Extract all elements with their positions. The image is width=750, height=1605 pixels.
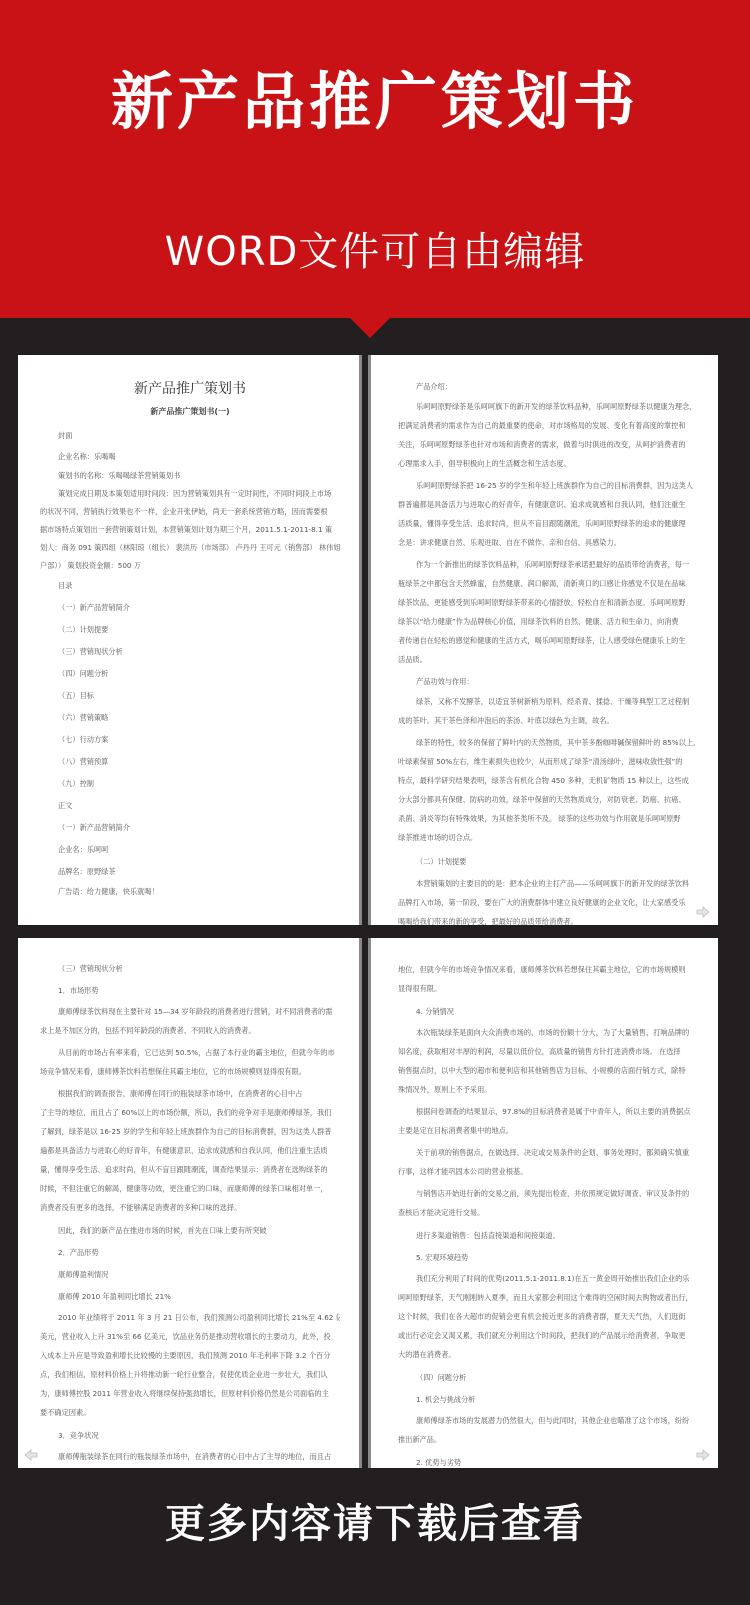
text-line: 康师傅绿茶饮料现在主要针对 15—34 岁年龄段的消费者进行营销，对不同消费者的… xyxy=(40,1002,340,1021)
text-line: 本营销策划的主要目的的是：把本企业的主打产品——乐呵呵旗下的新开发的绿茶饮料 xyxy=(398,874,702,893)
line-cover: 封面 xyxy=(40,425,340,447)
document-page-4: 地位，但就今年的市场竞争情况来看，康师傅茶饮料若想保住其霸主地位，它的市场规模则… xyxy=(368,938,718,1468)
document-page-3: （三）营销现状分析 1．市场形势 康师傅绿茶饮料现在主要针对 15—34 岁年龄… xyxy=(18,938,362,1468)
paragraph: 本营销策划的主要目的的是：把本企业的主打产品——乐呵呵旗下的新开发的绿茶饮料 品… xyxy=(398,874,702,925)
text-line: 显得很有限。 xyxy=(398,979,702,998)
section-heading: （三）营销现状分析 xyxy=(40,958,340,980)
paragraph: 我们充分利用了时间的优势(2011.5.1-2011.8.1)在五一黄金周开始推… xyxy=(398,1269,702,1364)
arrow-left-icon[interactable] xyxy=(24,1446,38,1458)
line-company-name: 企业名：乐呵呵 xyxy=(40,839,340,861)
section-heading: 产品介绍： xyxy=(398,377,702,397)
text-line: 叶绿素保留 50%左右，维生素损失也较少，从而形成了绿茶“清汤绿叶，滋味收敛性强… xyxy=(398,752,702,771)
text-line: 绿茶推进市场的切合点。 xyxy=(398,828,702,847)
text-line: 为，康师傅控股 2011 年营业收入将继续保持强劲增长，但原材料价格仍然是公司面… xyxy=(40,1384,340,1403)
toc-item: （二）计划提要 xyxy=(40,619,340,641)
toc-item: （八）营销预算 xyxy=(40,751,340,773)
text-line: 我们充分利用了时间的优势(2011.5.1-2011.8.1)在五一黄金周开始推… xyxy=(398,1269,702,1288)
text-line: 大的潜在消费者。 xyxy=(398,1345,702,1364)
text-line: 绿茶，又称不发酵茶，以适宜茶树新梢为原料，经杀青、揉捻、干燥等典型工艺过程制 xyxy=(398,692,702,711)
text-line: 与销售店开始进行新的交易之前，须先提出检查，并依照规定做好调查、审议及条件的 xyxy=(398,1184,702,1203)
text-line: 根据我们的调查报告，康师傅在同行的瓶装绿茶市场中，在消费者的心目中占 xyxy=(40,1084,340,1103)
paragraph: 绿茶的特性，较多的保留了鲜叶内的天然物质，其中茶多酚咖啡碱保留鲜叶的 85%以上… xyxy=(398,733,702,847)
section-heading: （二）计划提要 xyxy=(398,850,702,874)
toc-item: （九）控制 xyxy=(40,773,340,795)
paragraph: 作为一个新推出的绿茶饮料品种，乐呵呵原野绿茶承诺把最好的品质带给消费者，每一 瓶… xyxy=(398,555,702,669)
toc-item: （七）行动方案 xyxy=(40,729,340,751)
paragraph: 2010 年业绩将于 2011 年 3 月 21 日公布，我们预测公司盈利同比增… xyxy=(40,1308,340,1422)
text-line: 进行多渠道销售：包括直接渠道和间接渠道。 xyxy=(398,1225,702,1247)
text-line: 时候，不但注重它的解渴，健康等功效，更注重它的口味，而康师傅的绿茶口味相对单一， xyxy=(40,1179,340,1198)
text-line: 点，我们相信，原材料价格上升将推动新一轮行业整合，促使优质企业进一步壮大，我们认 xyxy=(40,1365,340,1384)
text-line: 瓶绿茶之中都包含天然蜂蜜，自然健康、润口解渴，清新爽口的口感让你感觉不仅是在品味 xyxy=(398,574,702,593)
document-page-1: 新产品推广策划书 新产品推广策划书(一) 封面 企业名称：乐喝喝 策划书的名称：… xyxy=(18,355,362,925)
line-body: 据市场特点策划出一套营销策划计划，本营销策划计划为期三个月，2011.5.1-2… xyxy=(40,521,340,539)
text-line: 从目前的市场占有率来看，它已达到 50.5%，占据了本行业的霸主地位，但就今年的… xyxy=(40,1043,340,1062)
toc-heading: 目录 xyxy=(40,575,340,597)
line-plan-name: 策划书的名称：乐喝喝绿茶营销策划书 xyxy=(40,467,340,485)
page-content: 产品介绍： 乐呵呵原野绿茶是乐呵呵旗下的新开发的绿茶饮料品种，乐呵呵原野绿茶以健… xyxy=(368,355,718,925)
text-line: 了 60%以上的市场份额，从目前的市场占有率来看，它已达到 50.5%，占据了本… xyxy=(40,1466,340,1468)
text-line: 入成本上升应是导致盈利增长比较慢的主要原因，我们预测 2010 年毛利率下降 3… xyxy=(40,1346,340,1365)
line-body: 划人：商务 091 策四组（林阳琼（组长） 裴洪历（市场部） 卢丹丹 王可元（销… xyxy=(40,539,340,557)
subsection-heading: 5. 宏观环境趋势 xyxy=(398,1247,702,1269)
text-line: 成的茶叶。其干茶色泽和冲泡后的茶汤、叶底以绿色为主调，故名。 xyxy=(398,711,702,730)
document-title: 新产品推广策划书 xyxy=(40,377,340,401)
text-line: 乐呵呵原野绿茶把 16-25 岁的学生和年轻上班族群作为自己的目标消费群，因为这… xyxy=(398,476,702,495)
section-heading: （一）新产品营销简介 xyxy=(40,817,340,839)
arrow-right-icon[interactable] xyxy=(696,903,710,915)
text-line: 地位，但就今年的市场竞争情况来看，康师傅茶饮料若想保住其霸主地位，它的市场规模则 xyxy=(398,960,702,979)
paragraph: 康师傅瓶装绿茶在同行的瓶装绿茶市场中，在消费者的心目中占了主导的地位，而且占 了… xyxy=(40,1447,340,1468)
text-line: 了主导的地位，而且占了 60%以上的市场份额，所以，我们的竞争对手是康师傅绿茶，… xyxy=(40,1103,340,1122)
subsection-heading: 康师傅 2010 年盈利同比增长 21% xyxy=(40,1286,340,1308)
text-line: 2010 年业绩将于 2011 年 3 月 21 日公布，我们预测公司盈利同比增… xyxy=(40,1308,340,1327)
paragraph: 乐呵呵原野绿茶把 16-25 岁的学生和年轻上班族群作为自己的目标消费群，因为这… xyxy=(398,476,702,552)
text-line: 推出新产品。 xyxy=(398,1430,702,1449)
text-line: 殊情况外，原则上不予采用。 xyxy=(398,1080,702,1099)
text-line: 美元，营业收入上升 31%至 66 亿美元，饮品业务仍是推动营收增长的主要动力，… xyxy=(40,1327,340,1346)
download-prompt: 更多内容请下载后查看 xyxy=(0,1492,750,1549)
text-line: 特点，最科学研究结果表明，绿茶含有机化合物 450 多种，无机矿物质 15 种以… xyxy=(398,771,702,790)
text-line: 把满足消费者的需求作为自己的最重要的使命，对市场格局的发展、变化有着高度的掌控和 xyxy=(398,416,702,435)
page-content: （三）营销现状分析 1．市场形势 康师傅绿茶饮料现在主要针对 15—34 岁年龄… xyxy=(18,938,362,1468)
text-line: 喝喝给我们带来的新的享受，把最好的品质带给消费者。 xyxy=(398,912,702,925)
text-line: 品牌打入市场，第一阶段，要在广大的消费群体中建立良好健康的企业文化，让大家感受乐 xyxy=(398,893,702,912)
body-heading: 正文 xyxy=(40,795,340,817)
paragraph: 根据问卷调查的结果显示，97.8%的目标消费者是属于中青年人，所以主要的消费据点… xyxy=(398,1102,702,1140)
text-line: 场竞争情况来看，康师傅茶饮料若想保住其霸主地位，它的市场规模则显得很有限。 xyxy=(40,1062,340,1081)
paragraph: 康师傅绿茶饮料现在主要针对 15—34 岁年龄段的消费者进行营销，对不同消费者的… xyxy=(40,1002,340,1040)
paragraph: 根据我们的调查报告，康师傅在同行的瓶装绿茶市场中，在消费者的心目中占 了主导的地… xyxy=(40,1084,340,1217)
paragraph: 关于前项的销售据点，在做选择、决定或交易条件的企划、事务处理时，都须确实慎重 行… xyxy=(398,1143,702,1181)
text-line: 心理需求入手，倡导积极向上的生活概念和生活态度。 xyxy=(398,454,702,473)
text-line: 根据问卷调查的结果显示，97.8%的目标消费者是属于中青年人，所以主要的消费据点 xyxy=(398,1102,702,1121)
text-line: 者传递自在轻松的感觉和健康的生活方式，喝乐呵呵原野绿茶，让人感受绿色健康乐上的生 xyxy=(398,631,702,650)
text-line: 康师傅绿茶市场的发展潜力仍然很大，但与此同时，其他企业也瞄准了这个市场，纷纷 xyxy=(398,1411,702,1430)
paragraph: 绿茶，又称不发酵茶，以适宜茶树新梢为原料，经杀青、揉捻、干燥等典型工艺过程制 成… xyxy=(398,692,702,730)
text-line: 关注，乐呵呵原野绿茶也针对市场和消费者的需求，做着与时俱进的改变，从呵护消费者的 xyxy=(398,435,702,454)
subsection-heading: 康师傅盈利情况 xyxy=(40,1264,340,1286)
subsection-heading: 2. 优势与劣势 xyxy=(398,1452,702,1468)
document-subtitle: 新产品推广策划书(一) xyxy=(40,403,340,421)
paragraph: 与销售店开始进行新的交易之前，须先提出检查，并依照规定做好调查、审议及条件的 查… xyxy=(398,1184,702,1222)
document-page-2: 产品介绍： 乐呵呵原野绿茶是乐呵呵旗下的新开发的绿茶饮料品种，乐呵呵原野绿茶以健… xyxy=(368,355,718,925)
text-line: 了解到，绿茶是以 16-25 岁的学生和年轻上班族群作为自己的目标消费群，因为这… xyxy=(40,1122,340,1141)
text-line: 绿茶饮品，更能感受到乐呵呵原野绿茶带来的心情舒放、轻松自在和清新态度。乐呵呵原野 xyxy=(398,593,702,612)
hero-title: 新产品推广策划书 xyxy=(0,52,750,141)
subsection-heading: 1. 机会与挑战分析 xyxy=(398,1389,702,1411)
banner-notch xyxy=(350,318,390,338)
text-line: 念是：讲求健康自然、乐观进取、自在不做作、亲和自信、具感染力。 xyxy=(398,533,702,552)
toc-item: （六）营销策略 xyxy=(40,707,340,729)
text-line: 消费者没有更多的选择，不能够满足消费者的多种口味的选择。 xyxy=(40,1198,340,1217)
paragraph: 康师傅绿茶市场的发展潜力仍然很大，但与此同时，其他企业也瞄准了这个市场，纷纷 推… xyxy=(398,1411,702,1449)
text-line: 销售据点时，以中大型的超市和便利店和其他销售店为目标，小规模的店面行销方式，除特 xyxy=(398,1061,702,1080)
paragraph: 从目前的市场占有率来看，它已达到 50.5%，占据了本行业的霸主地位，但就今年的… xyxy=(40,1043,340,1081)
line-brand-name: 品牌名：原野绿茶 xyxy=(40,861,340,883)
text-line: 行事，这样才能巩固本公司的营业根基。 xyxy=(398,1162,702,1181)
text-line: 乐呵呵原野绿茶是乐呵呵旗下的新开发的绿茶饮料品种，乐呵呵原野绿茶以健康为理念， xyxy=(398,397,702,416)
text-line: 绿茶以“给力健康”作为品牌核心价值，用绿茶饮料的自然、健康、活力和生命力，向消费 xyxy=(398,612,702,631)
text-line: 分大部分都具有保健、防病的功效，绿茶中保留的天然物质成分，对防衰老、防癌、抗癌、 xyxy=(398,790,702,809)
hero-subtitle: WORD文件可自由编辑 xyxy=(0,220,750,277)
line-slogan: 广告语：给力健康，快乐就喝！ xyxy=(40,883,340,901)
text-line: 关于前项的销售据点，在做选择、决定或交易条件的企划、事务处理时，都须确实慎重 xyxy=(398,1143,702,1162)
text-line: 遍都是具备活力与进取心的好青年，有健康意识、追求成就感和自我认同，他们注重生活质 xyxy=(40,1141,340,1160)
text-line: 本次瓶装绿茶是面向大众消费市场的，市场的份额十分大，为了大量销售，打响品牌的 xyxy=(398,1023,702,1042)
subsection-heading: 4. 分销情况 xyxy=(398,1001,702,1023)
toc-item: （三）营销现状分析 xyxy=(40,641,340,663)
text-line: 求上是不加区分的，包括不同年龄段的消费者、不同收入的消费者。 xyxy=(40,1021,340,1040)
line-body: 的状况不同，营销执行效果也不一样，企业开张伊始，尚无一套系统营销方略，因而需要根 xyxy=(40,503,340,521)
text-line: 康师傅瓶装绿茶在同行的瓶装绿茶市场中，在消费者的心目中占了主导的地位，而且占 xyxy=(40,1447,340,1466)
text-line: 活质量，懂得享受生活、追求时尚，但从不盲目跟随潮流，乐呵呵原野绿茶的追求的健康理 xyxy=(398,514,702,533)
text-line: 这个时候，我们在各大超市的促销会更有机会接近更多的消费者群，夏天天气热，人们逛街 xyxy=(398,1307,702,1326)
arrow-right-icon[interactable] xyxy=(696,1446,710,1458)
text-line: 杀菌、消炎等均有特殊效果，为其他茶类所不及。 绿茶的这些功效与作用就是乐呵呵原野 xyxy=(398,809,702,828)
text-line: 群普遍都是具备活力与进取心的好青年，有健康意识、追求成就感和自我认同，他们注重生 xyxy=(398,495,702,514)
section-heading: （四）问题分析 xyxy=(398,1367,702,1389)
text-line: 或出行必定会又渴又累，我们就充分利用这个时间段，把我们的产品展示给消费者，争取更 xyxy=(398,1326,702,1345)
text-line: 呵呵原野绿茶，天气刚刚转入夏季，而且大家都会利用这个难得的空闲时间去购物或者出行… xyxy=(398,1288,702,1307)
paragraph: 本次瓶装绿茶是面向大众消费市场的，市场的份额十分大，为了大量销售，打响品牌的 知… xyxy=(398,1023,702,1099)
line-body: 户部）） 策划投资金额：500 万 xyxy=(40,557,340,575)
text-line: 作为一个新推出的绿茶饮料品种，乐呵呵原野绿茶承诺把最好的品质带给消费者，每一 xyxy=(398,555,702,574)
line-body: 策划完成日期及本策划适用时间段：因为营销策划具有一定时间性，不同时间段上市场 xyxy=(40,485,340,503)
section-heading: 产品功效与作用： xyxy=(398,672,702,692)
toc-item: （四）问题分析 xyxy=(40,663,340,685)
subsection-heading: 1．市场形势 xyxy=(40,980,340,1002)
text-line: 因此，我们的新产品在推进市场的时候，首先在口味上要有所突破 xyxy=(40,1220,340,1242)
toc-item: （一）新产品营销简介 xyxy=(40,597,340,619)
paragraph: 地位，但就今年的市场竞争情况来看，康师傅茶饮料若想保住其霸主地位，它的市场规模则… xyxy=(398,960,702,998)
page-content: 地位，但就今年的市场竞争情况来看，康师傅茶饮料若想保住其霸主地位，它的市场规模则… xyxy=(368,938,718,1468)
text-line: 活品质。 xyxy=(398,650,702,669)
subsection-heading: 2．产品形势 xyxy=(40,1242,340,1264)
text-line: 要不确定因素。 xyxy=(40,1403,340,1422)
hero-banner: 新产品推广策划书 WORD文件可自由编辑 xyxy=(0,0,750,318)
text-line: 绿茶的特性，较多的保留了鲜叶内的天然物质，其中茶多酚咖啡碱保留鲜叶的 85%以上… xyxy=(398,733,702,752)
text-line: 量，懂得享受生活、追求时尚，但从不盲目跟随潮流，调查结果显示：消费者在选购绿茶的 xyxy=(40,1160,340,1179)
paragraph: 乐呵呵原野绿茶是乐呵呵旗下的新开发的绿茶饮料品种，乐呵呵原野绿茶以健康为理念， … xyxy=(398,397,702,473)
line-company: 企业名称：乐喝喝 xyxy=(40,447,340,467)
subsection-heading: 3．竞争状况 xyxy=(40,1425,340,1447)
toc-item: （五）目标 xyxy=(40,685,340,707)
text-line: 知名度，获取相对丰厚的利润，尽量以低价位，高质量的销售方针打进消费市场。 在选择 xyxy=(398,1042,702,1061)
text-line: 查核后才能决定进行交易。 xyxy=(398,1203,702,1222)
page-content: 新产品推广策划书 新产品推广策划书(一) 封面 企业名称：乐喝喝 策划书的名称：… xyxy=(18,355,362,901)
text-line: 主要是定在目标消费者集中的地点。 xyxy=(398,1121,702,1140)
